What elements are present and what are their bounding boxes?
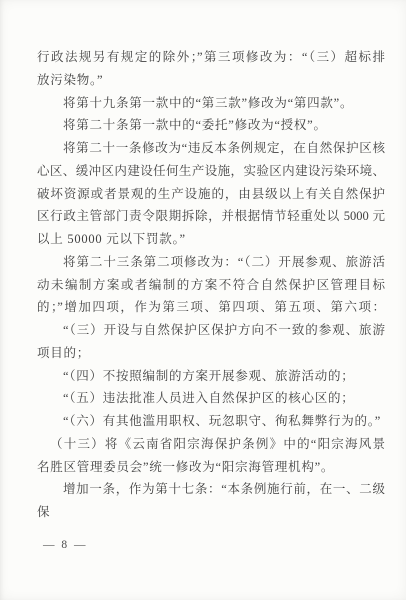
- page-number: — 8 —: [43, 539, 88, 551]
- text-line: 放污染物。”: [37, 69, 385, 92]
- text-line: 项目的；: [37, 342, 385, 365]
- text-line: “（三）开设与自然保护区保护方向不一致的参观、旅游: [37, 319, 385, 342]
- text-line: 保: [37, 501, 385, 524]
- text-line: “（六）有其他滥用职权、玩忽职守、徇私舞弊行为的。”: [37, 410, 385, 433]
- text-line: 增加一条，作为第十七条：“本条例施行前，在一、二级: [37, 478, 385, 501]
- text-line: 破坏资源或者景观的生产设施的，由县级以上有关自然保护: [37, 183, 385, 206]
- text-line: 将第二十一条修改为“违反本条例规定，在自然保护区核: [37, 137, 385, 160]
- text-line: “（五）违法批准人员进入自然保护区的核心区的；: [37, 387, 385, 410]
- text-line: 区行政主管部门责令限期拆除，并根据情节轻重处以 5000 元: [37, 205, 385, 228]
- text-line: （十三）将《云南省阳宗海保护条例》中的“阳宗海风景: [37, 433, 385, 456]
- text-line: “（四）不按照编制的方案开展参观、旅游活动的；: [37, 365, 385, 388]
- text-line: 行政法规另有规定的除外；”第三项修改为：“（三）超标排: [37, 46, 385, 69]
- text-line: 将第二十条第一款中的“委托”修改为“授权”。: [37, 114, 385, 137]
- text-line: 以上 50000 元以下罚款。”: [37, 228, 385, 251]
- text-line: 的；”增加四项，作为第三项、第四项、第五项、第六项：: [37, 296, 385, 319]
- text-line: 心区、缓冲区内建设任何生产设施，实验区内建设污染环境、: [37, 160, 385, 183]
- text-line: 将第十九条第一款中的“第三款”修改为“第四款”。: [37, 92, 385, 115]
- scanned-document-page: 行政法规另有规定的除外；”第三项修改为：“（三）超标排放污染物。”将第十九条第一…: [0, 0, 406, 600]
- text-line: 将第二十三条第二项修改为：“（二）开展参观、旅游活: [37, 251, 385, 274]
- text-line: 名胜区管理委员会”统一修改为“阳宗海管理机构”。: [37, 456, 385, 479]
- text-line: 动未编制方案或者编制的方案不符合自然保护区管理目标: [37, 274, 385, 297]
- document-body-text: 行政法规另有规定的除外；”第三项修改为：“（三）超标排放污染物。”将第十九条第一…: [37, 46, 385, 524]
